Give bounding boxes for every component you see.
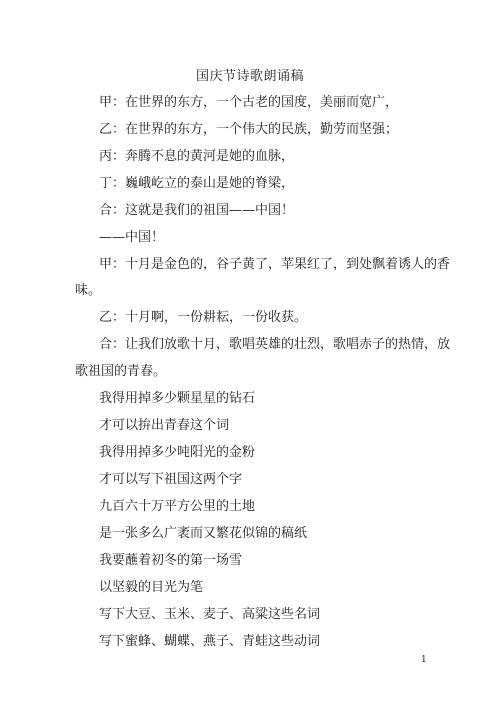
text-line: 才可以拚出青春这个词 [99,418,229,434]
text-line: 丙：奔腾不息的黄河是她的血脉， [99,149,294,165]
text-line: 歌祖国的青春。 [75,364,166,380]
text-line: 味。 [75,283,101,299]
text-line: 乙：十月啊，一份耕耘，一份收获。 [99,310,307,326]
text-line: 我要蘸着初冬的第一场雪 [99,553,242,569]
document-page: 国庆节诗歌朗诵稿 甲：在世界的东方，一个古老的国度，美丽而宽广， 乙：在世界的东… [0,0,500,708]
text-line: 合：让我们放歌十月，歌唱英雄的壮烈，歌唱赤子的热情，放 [99,337,450,353]
text-line: ——中国！ [99,230,164,246]
text-line: 甲：十月是金色的，谷子黄了，苹果红了，到处飘着诱人的香 [99,257,450,273]
text-line: 九百六十万平方公里的土地 [99,499,255,515]
text-line: 写下大豆、玉米、麦子、高粱这些名词 [99,607,320,623]
text-line: 以坚毅的目光为笔 [99,580,203,596]
text-line: 我得用掉多少颗星星的钻石 [99,391,255,407]
text-line: 是一张多么广袤而又繁花似锦的稿纸 [99,526,307,542]
text-line: 写下蜜蜂、蝴蝶、燕子、青蛙这些动词 [99,634,320,650]
document-title: 国庆节诗歌朗诵稿 [0,65,500,84]
text-line: 甲：在世界的东方，一个古老的国度，美丽而宽广， [99,95,398,111]
page-number: 1 [421,655,427,665]
text-line: 才可以写下祖国这两个字 [99,472,242,488]
text-line: 合：这就是我们的祖国——中国！ [99,203,294,219]
text-line: 我得用掉多少吨阳光的金粉 [99,445,255,461]
text-line: 丁：巍峨屹立的泰山是她的脊梁， [99,176,294,192]
text-line: 乙：在世界的东方，一个伟大的民族，勤劳而坚强； [99,122,398,138]
